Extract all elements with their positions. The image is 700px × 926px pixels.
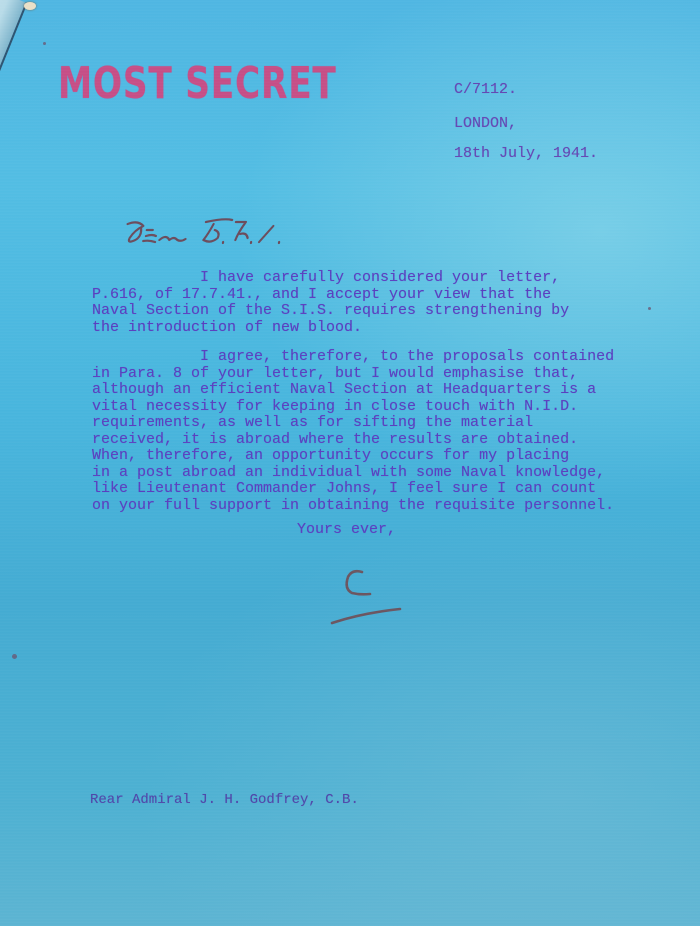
- paper-speck: [43, 42, 46, 45]
- salutation-scrawl-icon: [120, 212, 316, 252]
- addressee: Rear Admiral J. H. Godfrey, C.B.: [90, 792, 359, 809]
- location: LONDON,: [454, 116, 517, 133]
- paper-speck: [648, 307, 651, 310]
- body-paragraph-2: I agree, therefore, to the proposals con…: [92, 349, 614, 514]
- letter-page: MOST SECRET C/7112. LONDON, 18th July, 1…: [0, 0, 700, 926]
- paper-speck: [12, 654, 17, 659]
- binder-mark: [24, 2, 36, 10]
- reference-number: C/7112.: [454, 82, 517, 99]
- closing: Yours ever,: [297, 522, 396, 539]
- binder-edge: [0, 0, 27, 114]
- classification-stamp: MOST SECRET: [58, 58, 337, 109]
- handwritten-salutation: [119, 212, 316, 259]
- signature-c-icon: [322, 565, 412, 635]
- letter-date: 18th July, 1941.: [454, 146, 598, 163]
- body-paragraph-1: I have carefully considered your letter,…: [92, 270, 569, 336]
- signature: [322, 565, 412, 635]
